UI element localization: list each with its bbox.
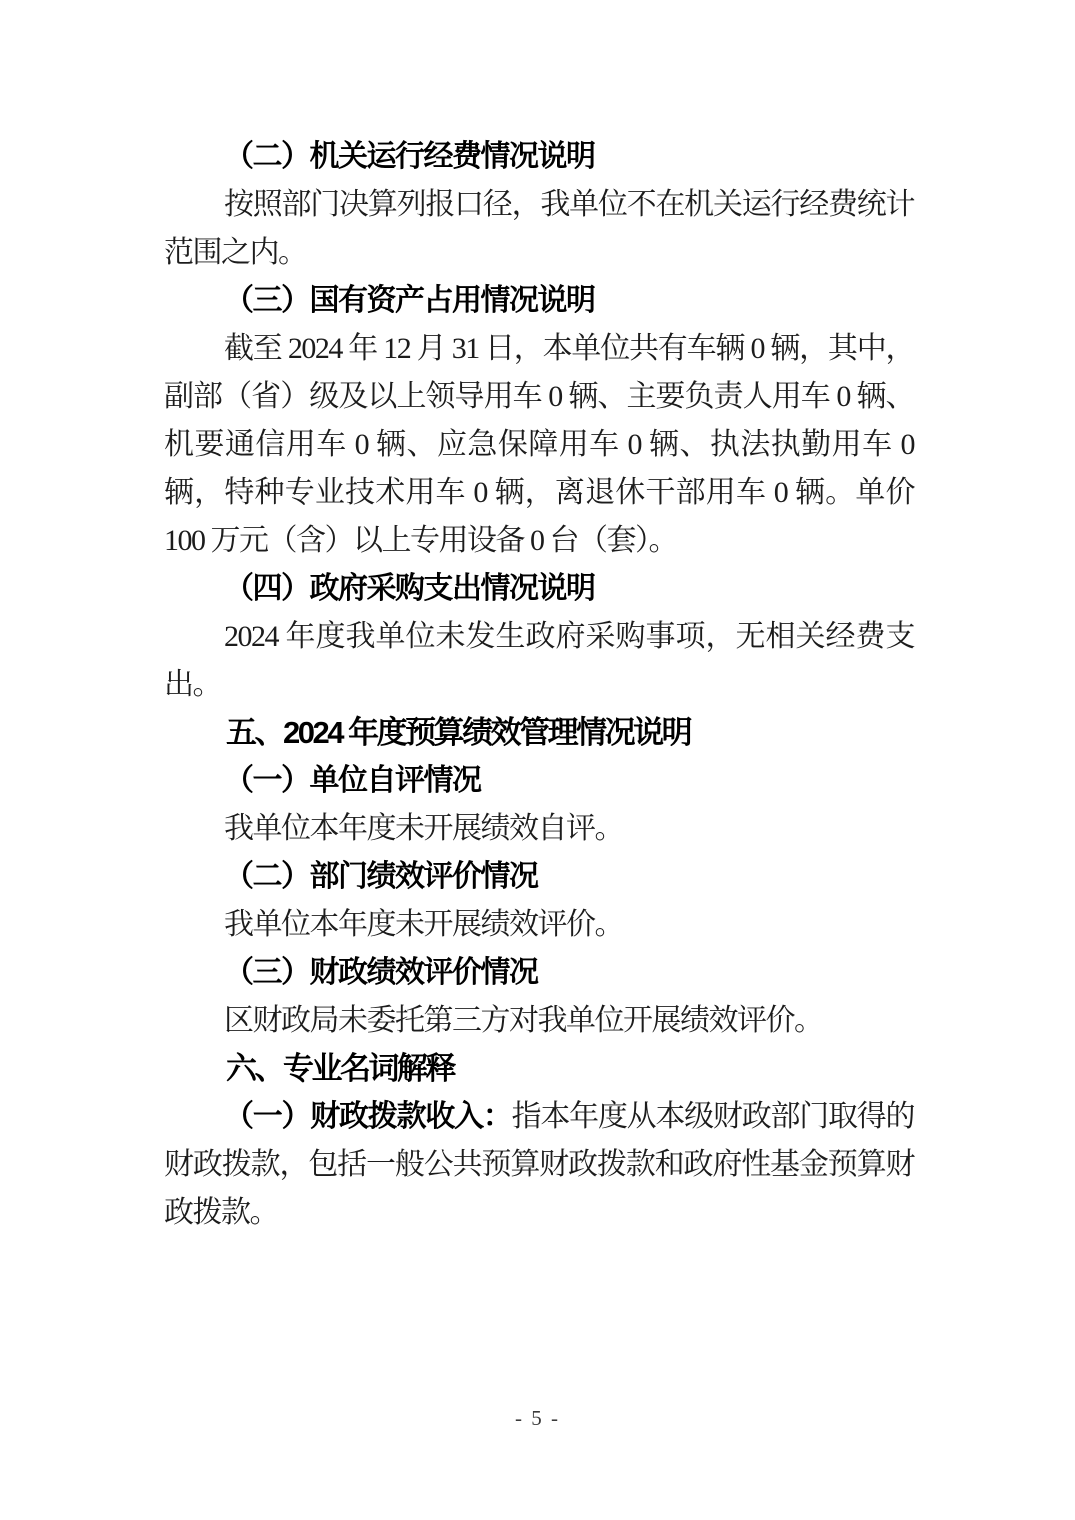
paragraph-org-operating-funds: 按照部门决算列报口径，我单位不在机关运行经费统计范围之内。 xyxy=(164,181,914,277)
section-heading-budget-performance: 五、2024 年度预算绩效管理情况说明 xyxy=(164,709,914,757)
subsection-heading-self-evaluation: （一）单位自评情况 xyxy=(164,757,914,805)
paragraph-state-assets: 截至 2024 年 12 月 31 日，本单位共有车辆 0 辆，其中，副部（省）… xyxy=(164,325,914,565)
term-label: （一）财政拨款收入： xyxy=(224,1100,512,1133)
section-heading-glossary: 六、专业名词解释 xyxy=(164,1045,914,1093)
document-content: （二）机关运行经费情况说明 按照部门决算列报口径，我单位不在机关运行经费统计范围… xyxy=(164,133,914,1237)
paragraph-gov-procurement: 2024 年度我单位未发生政府采购事项，无相关经费支出。 xyxy=(164,613,914,709)
document-page: （二）机关运行经费情况说明 按照部门决算列报口径，我单位不在机关运行经费统计范围… xyxy=(0,0,1075,1520)
subsection-heading-org-operating-funds: （二）机关运行经费情况说明 xyxy=(164,133,914,181)
paragraph-glossary-fiscal-appropriation: （一）财政拨款收入：指本年度从本级财政部门取得的财政拨款，包括一般公共预算财政拨… xyxy=(164,1093,914,1237)
paragraph-self-evaluation: 我单位本年度未开展绩效自评。 xyxy=(164,805,914,853)
subsection-heading-fiscal-evaluation: （三）财政绩效评价情况 xyxy=(164,949,914,997)
subsection-heading-state-assets: （三）国有资产占用情况说明 xyxy=(164,277,914,325)
paragraph-department-evaluation: 我单位本年度未开展绩效评价。 xyxy=(164,901,914,949)
subsection-heading-gov-procurement: （四）政府采购支出情况说明 xyxy=(164,565,914,613)
subsection-heading-department-evaluation: （二）部门绩效评价情况 xyxy=(164,853,914,901)
page-number: - 5 - xyxy=(0,1404,1075,1432)
paragraph-fiscal-evaluation: 区财政局未委托第三方对我单位开展绩效评价。 xyxy=(164,997,914,1045)
